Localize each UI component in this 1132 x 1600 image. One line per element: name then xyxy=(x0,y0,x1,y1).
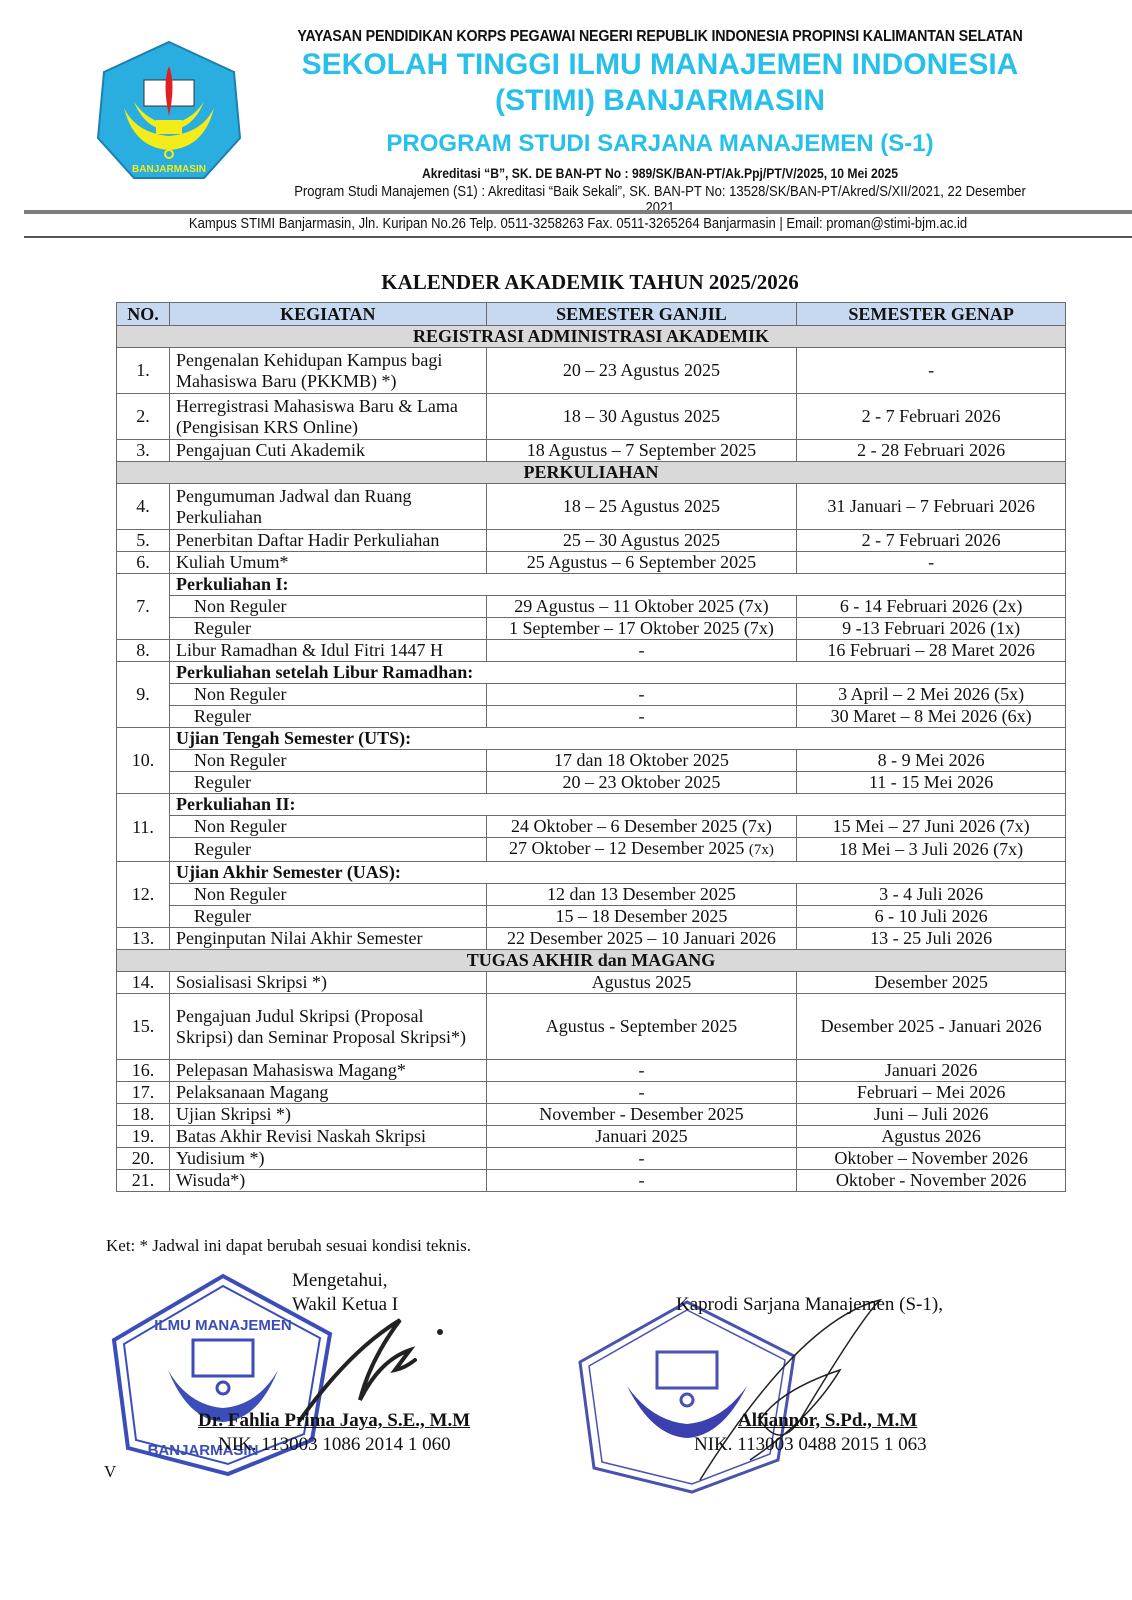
page-mark: V xyxy=(104,1462,116,1482)
table-subrow: Reguler 27 Oktober – 12 Desember 2025 (7… xyxy=(117,838,1066,862)
section-row: TUGAS AKHIR dan MAGANG xyxy=(117,950,1066,972)
table-row-group: 10. Ujian Tengah Semester (UTS): xyxy=(117,728,1066,750)
table-row: 17. Pelaksanaan Magang - Februari – Mei … xyxy=(117,1082,1066,1104)
section-row: PERKULIAHAN xyxy=(117,462,1066,484)
header-no: NO. xyxy=(117,303,170,326)
table-row: 20. Yudisium *) - Oktober – November 202… xyxy=(117,1148,1066,1170)
table-row: 6. Kuliah Umum* 25 Agustus – 6 September… xyxy=(117,552,1066,574)
table-row-group: 7. Perkuliahan I: xyxy=(117,574,1066,596)
table-row: 2. Herregistrasi Mahasiswa Baru & Lama (… xyxy=(117,394,1066,440)
academic-calendar-table: NO. KEGIATAN SEMESTER GANJIL SEMESTER GE… xyxy=(116,302,1066,1192)
table-row: 15. Pengajuan Judul Skripsi (Proposal Sk… xyxy=(117,994,1066,1060)
table-subrow: Non Reguler 24 Oktober – 6 Desember 2025… xyxy=(117,816,1066,838)
table-row-group: 9. Perkuliahan setelah Libur Ramadhan: xyxy=(117,662,1066,684)
header-activity: KEGIATAN xyxy=(169,303,486,326)
signature-left-name: Dr. Fahlia Prima Jaya, S.E., M.M xyxy=(198,1410,470,1432)
table-row: 8. Libur Ramadhan & Idul Fitri 1447 H - … xyxy=(117,640,1066,662)
table-row: 21. Wisuda*) - Oktober - November 2026 xyxy=(117,1170,1066,1192)
table-row: 16. Pelepasan Mahasiswa Magang* - Januar… xyxy=(117,1060,1066,1082)
table-subrow: Reguler - 30 Maret – 8 Mei 2026 (6x) xyxy=(117,706,1066,728)
signature-right-name: Alfiannor, S.Pd., M.M xyxy=(738,1410,917,1432)
svg-text:ILMU MANAJEMEN: ILMU MANAJEMEN xyxy=(154,1317,292,1334)
table-header-row: NO. KEGIATAN SEMESTER GANJIL SEMESTER GE… xyxy=(117,303,1066,326)
table-row: 4. Pengumuman Jadwal dan Ruang Perkuliah… xyxy=(117,484,1066,530)
table-row: 14. Sosialisasi Skripsi *) Agustus 2025 … xyxy=(117,972,1066,994)
signature-left-title: Wakil Ketua I xyxy=(292,1294,398,1316)
foundation-name: YAYASAN PENDIDIKAN KORPS PEGAWAI NEGERI … xyxy=(274,28,1047,46)
institution-accreditation: Akreditasi “B”, SK. DE BAN-PT No : 989/S… xyxy=(282,166,1038,181)
footnote: Ket: * Jadwal ini dapat berubah sesuai k… xyxy=(106,1236,471,1256)
program-name: PROGRAM STUDI SARJANA MANAJEMEN (S-1) xyxy=(240,130,1080,158)
institution-name-short: (STIMI) BANJARMASIN xyxy=(240,84,1080,118)
table-row: 13. Penginputan Nilai Akhir Semester 22 … xyxy=(117,928,1066,950)
signature-right-nik: NIK. 113003 0488 2015 1 063 xyxy=(694,1434,927,1456)
table-row: 18. Ujian Skripsi *) November - Desember… xyxy=(117,1104,1066,1126)
campus-address: Kampus STIMI Banjarmasin, Jln. Kuripan N… xyxy=(79,216,1076,232)
institution-name: SEKOLAH TINGGI ILMU MANAJEMEN INDONESIA xyxy=(240,48,1080,82)
table-row: 5. Penerbitan Daftar Hadir Perkuliahan 2… xyxy=(117,530,1066,552)
letterhead-divider-thin xyxy=(24,236,1132,238)
table-row: 3. Pengajuan Cuti Akademik 18 Agustus – … xyxy=(117,440,1066,462)
signature-right-title: Kaprodi Sarjana Manajemen (S-1), xyxy=(676,1294,943,1316)
table-subrow: Reguler 15 – 18 Desember 2025 6 - 10 Jul… xyxy=(117,906,1066,928)
table-subrow: Reguler 1 September – 17 Oktober 2025 (7… xyxy=(117,618,1066,640)
table-subrow: Non Reguler 29 Agustus – 11 Oktober 2025… xyxy=(117,596,1066,618)
section-row: REGISTRASI ADMINISTRASI AKADEMIK xyxy=(117,326,1066,348)
letterhead-divider-thick xyxy=(24,210,1132,214)
signature-left-acknowledgement: Mengetahui, xyxy=(292,1270,388,1292)
table-row: 19. Batas Akhir Revisi Naskah Skripsi Ja… xyxy=(117,1126,1066,1148)
table-subrow: Reguler 20 – 23 Oktober 2025 11 - 15 Mei… xyxy=(117,772,1066,794)
table-row-group: 11. Perkuliahan II: xyxy=(117,794,1066,816)
svg-text:BANJARMASIN: BANJARMASIN xyxy=(132,164,206,175)
table-subrow: Non Reguler 12 dan 13 Desember 2025 3 - … xyxy=(117,884,1066,906)
table-subrow: Non Reguler - 3 April – 2 Mei 2026 (5x) xyxy=(117,684,1066,706)
stimi-logo-icon: BANJARMASIN xyxy=(94,38,244,188)
header-even-semester: SEMESTER GENAP xyxy=(797,303,1066,326)
document-title: KALENDER AKADEMIK TAHUN 2025/2026 xyxy=(110,270,1070,295)
signature-left-nik: NIK. 113003 1086 2014 1 060 xyxy=(218,1434,451,1456)
table-subrow: Non Reguler 17 dan 18 Oktober 2025 8 - 9… xyxy=(117,750,1066,772)
header-odd-semester: SEMESTER GANJIL xyxy=(486,303,797,326)
table-row-group: 12. Ujian Akhir Semester (UAS): xyxy=(117,862,1066,884)
table-row: 1. Pengenalan Kehidupan Kampus bagi Maha… xyxy=(117,348,1066,394)
